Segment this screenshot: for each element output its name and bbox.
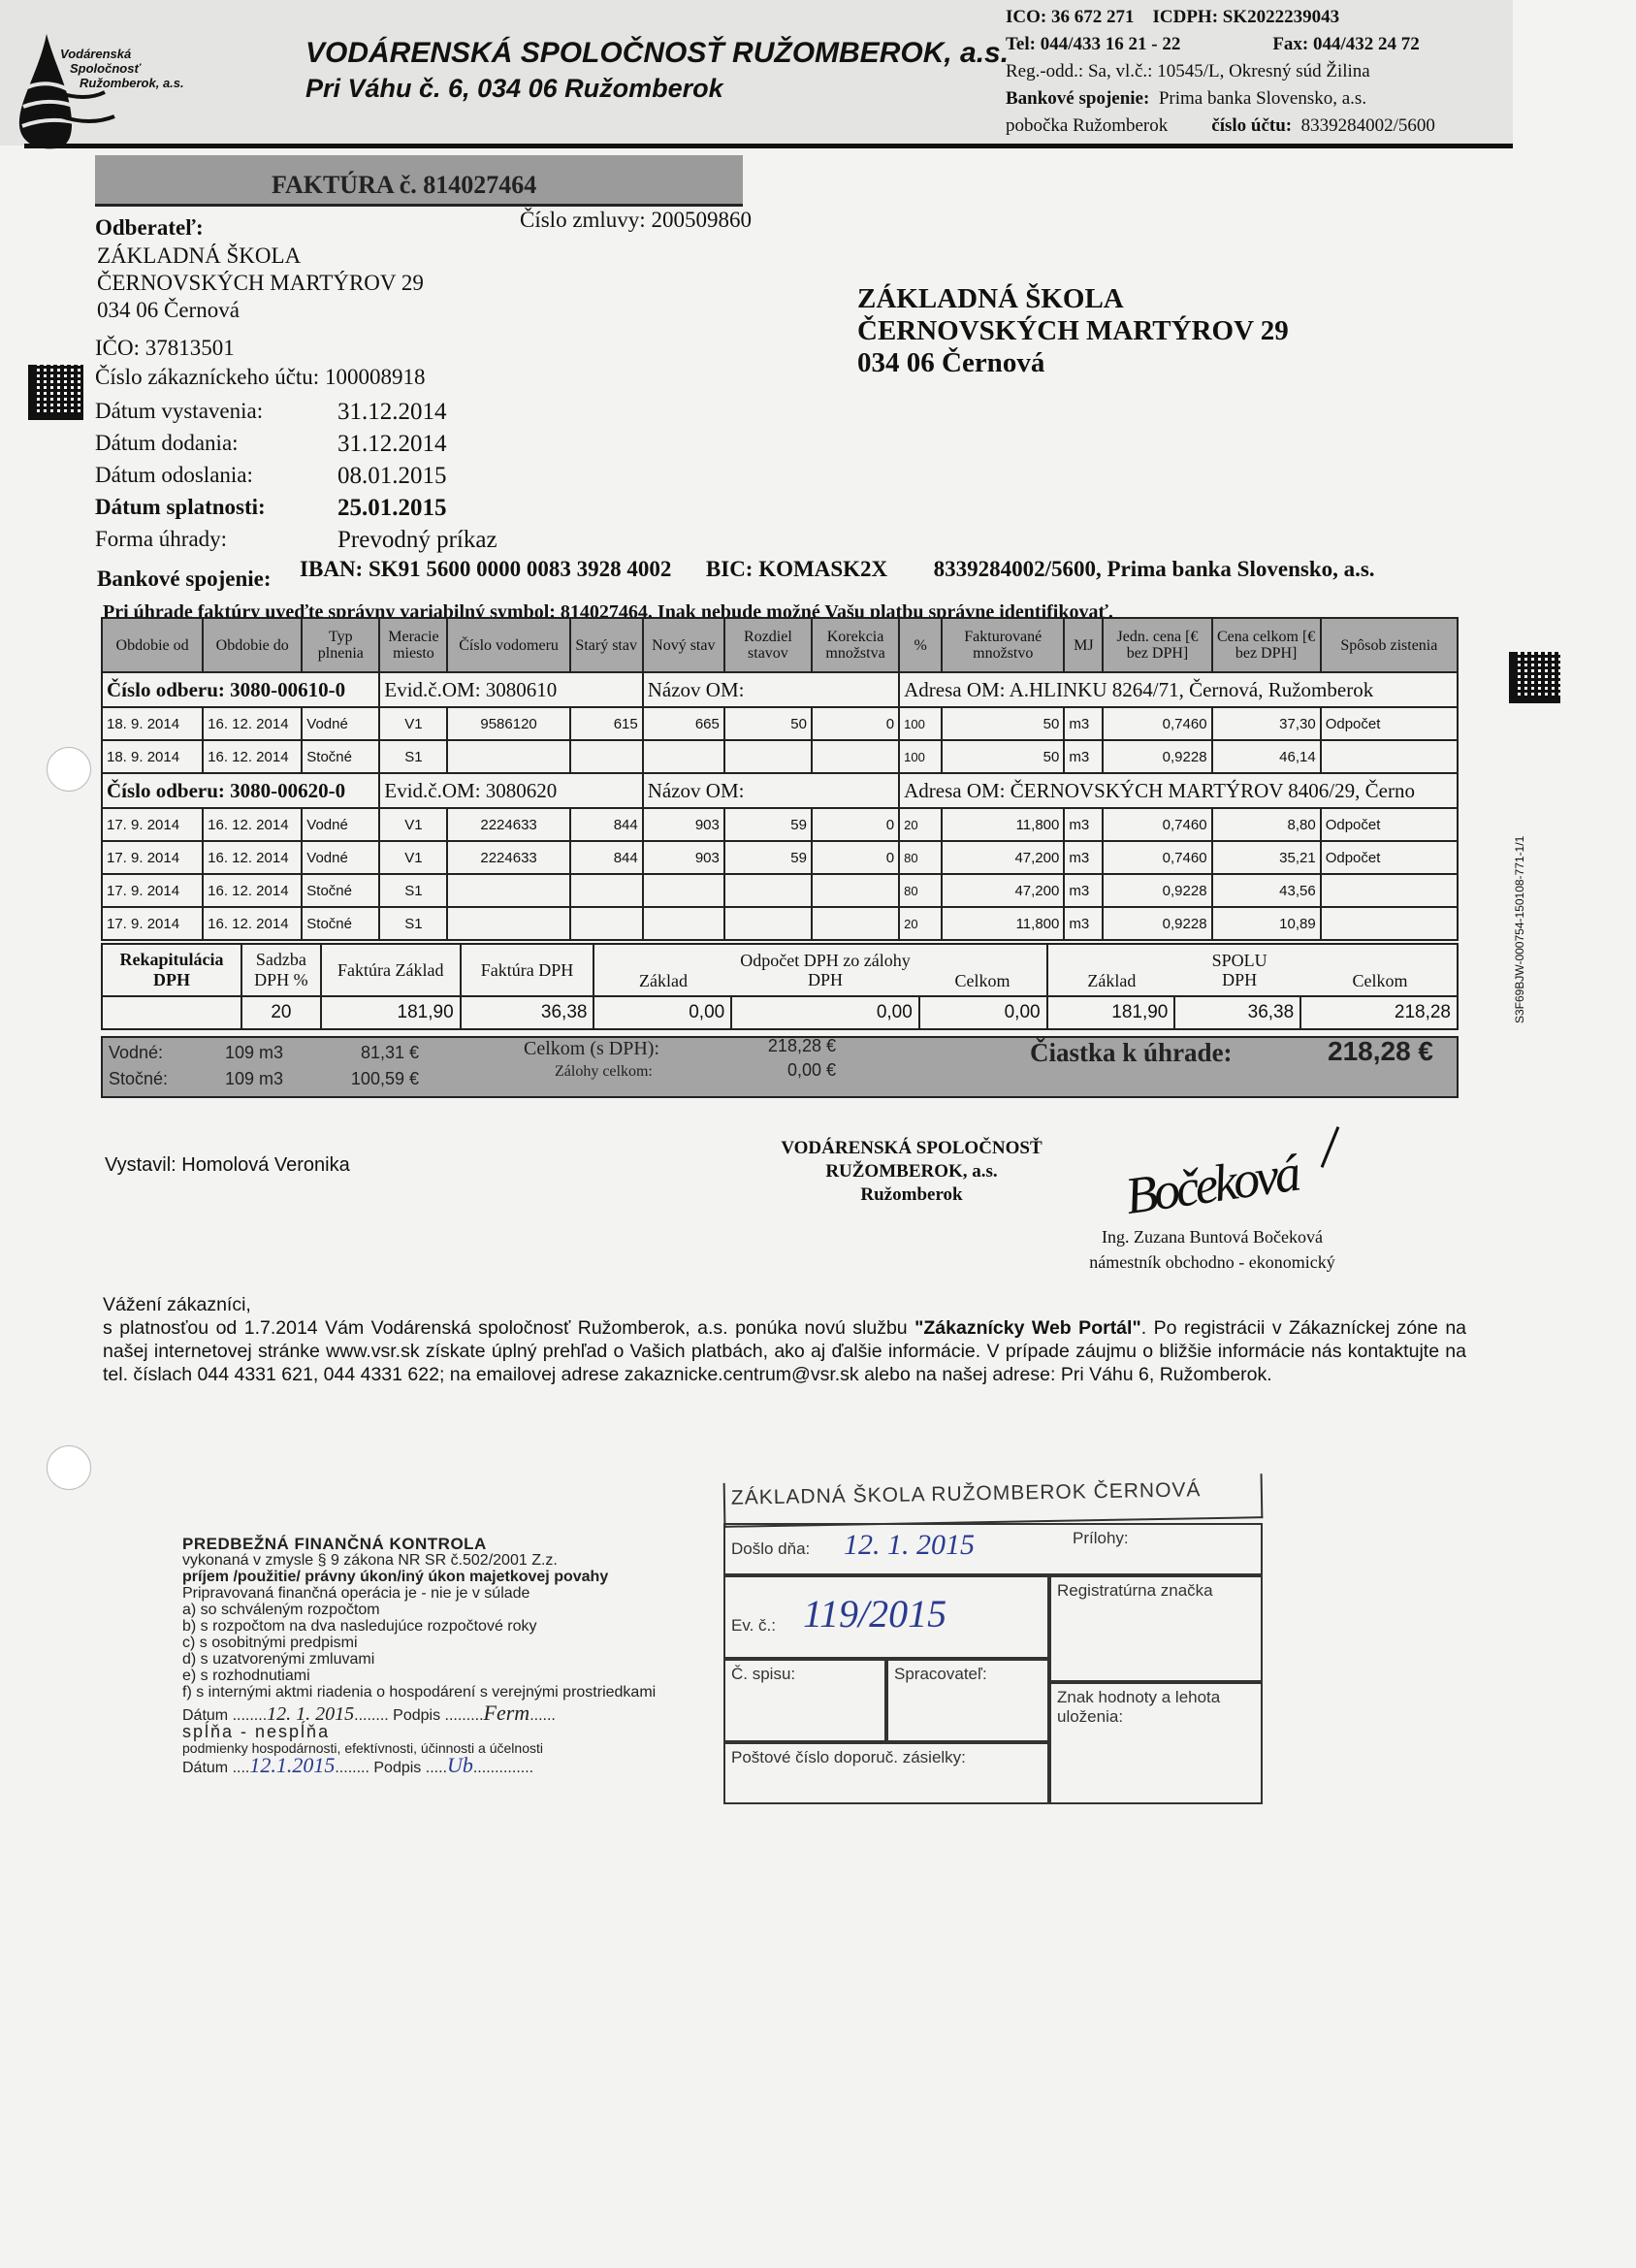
total-vat-header: DPH [1222, 970, 1257, 989]
table-cell: 37,30 [1212, 707, 1321, 740]
date-value: 08.01.2015 [337, 463, 447, 495]
table-cell: Odpočet [1321, 707, 1458, 740]
table-cell: S1 [379, 874, 447, 907]
table-cell: m3 [1064, 874, 1103, 907]
table-cell: 100 [899, 707, 942, 740]
deduction-total: 0,00 [919, 996, 1047, 1029]
punch-hole-icon [47, 1445, 91, 1490]
water-quantity: 109 m3 [225, 1040, 332, 1066]
notice-text-1: s platnosťou od 1.7.2014 Vám Vodárenská … [103, 1317, 914, 1339]
table-cell: 18. 9. 2014 [102, 740, 203, 773]
table-cell: S1 [379, 907, 447, 940]
table-row: 18. 9. 201416. 12. 2014VodnéV19586120615… [102, 707, 1458, 740]
signer-name: Ing. Zuzana Buntová Bočeková [1072, 1224, 1353, 1249]
total-header-group: Základ SPOLU DPH Celkom [1047, 944, 1458, 996]
table-cell: 11,800 [942, 907, 1064, 940]
account-label: číslo účtu: [1211, 115, 1292, 136]
fc-date2-label: Dátum [182, 1760, 228, 1776]
table-cell [1321, 874, 1458, 907]
table-cell: 11,800 [942, 808, 1064, 841]
table-cell: Odpočet [1321, 808, 1458, 841]
date-row: Dátum odoslania:08.01.2015 [95, 463, 497, 495]
table-row: 18. 9. 201416. 12. 2014StočnéS110050m30,… [102, 740, 1458, 773]
total-vat: 36,38 [1174, 996, 1300, 1029]
column-header: Korekcia množstva [812, 618, 899, 672]
table-cell: m3 [1064, 808, 1103, 841]
rekap-header: Rekapitulácia DPH [102, 944, 241, 996]
table-cell [812, 874, 899, 907]
table-cell: 18. 9. 2014 [102, 707, 203, 740]
table-cell [812, 907, 899, 940]
water-fee-summary: Vodné: 109 m3 81,31 € Stočné: 109 m3 100… [109, 1040, 419, 1092]
table-cell: Stočné [302, 740, 379, 773]
recipient-name: ZÁKLADNÁ ŠKOLA [857, 283, 1289, 315]
table-cell: 0,9228 [1103, 740, 1211, 773]
vat-rate: 20 [241, 996, 321, 1029]
table-cell: V1 [379, 707, 447, 740]
stamp-ev-value: 119/2015 [803, 1591, 946, 1636]
table-cell: 20 [899, 808, 942, 841]
table-cell: 46,14 [1212, 740, 1321, 773]
invoice-title: FAKTÚRA č. 814027464 [272, 171, 536, 200]
fc-title: PREDBEŽNÁ FINANČNÁ KONTROLA [182, 1536, 656, 1552]
water-amount: 81,31 € [332, 1040, 419, 1066]
fc-line: f) s internými aktmi riadenia o hospodár… [182, 1684, 656, 1701]
customer-street: ČERNOVSKÝCH MARTÝROV 29 [97, 270, 424, 297]
amount-due-label: Čiastka k úhrade: [1030, 1038, 1233, 1068]
table-cell [570, 740, 643, 773]
deposits-total-value: 0,00 € [737, 1060, 836, 1081]
vat-summary-table: Rekapitulácia DPH Sadzba DPH % Faktúra Z… [101, 943, 1459, 1030]
header-divider [24, 144, 1513, 148]
table-cell: 0,9228 [1103, 874, 1211, 907]
logo-line-2: Spoločnosť [70, 61, 184, 76]
date-value: 31.12.2014 [337, 431, 447, 463]
sig-company-line-3: Ružomberok [737, 1183, 1086, 1207]
logo-line-1: Vodárenská [60, 47, 184, 61]
notice-greeting: Vážení zákazníci, [103, 1293, 1466, 1316]
recipient-address-block: ZÁKLADNÁ ŠKOLA ČERNOVSKÝCH MARTÝROV 29 0… [857, 283, 1289, 379]
table-cell: m3 [1064, 907, 1103, 940]
group-adresa: Adresa OM: ČERNOVSKÝCH MARTÝROV 8406/29,… [899, 773, 1458, 808]
table-cell: 8,80 [1212, 808, 1321, 841]
table-cell: 59 [724, 841, 812, 874]
group-nazov: Názov OM: [643, 672, 899, 707]
stamp-processor-label: Spracovateľ: [886, 1659, 1049, 1742]
table-cell: 0 [812, 808, 899, 841]
table-cell: 844 [570, 808, 643, 841]
table-row: 17. 9. 201416. 12. 2014VodnéV12224633844… [102, 841, 1458, 874]
account-number: 8339284002/5600 [1301, 115, 1435, 136]
deduction-header-group: Základ Odpočet DPH zo zálohy DPH Celkom [593, 944, 1046, 996]
date-label: Dátum odoslania: [95, 463, 337, 495]
iban: IBAN: SK91 5600 0000 0083 3928 4002 [300, 557, 671, 581]
column-header: Obdobie do [203, 618, 302, 672]
contract-number: Číslo zmluvy: 200509860 [520, 208, 752, 233]
table-cell [643, 740, 724, 773]
fc-sign1-label: Podpis [393, 1707, 440, 1724]
deduction-vat-header: DPH [808, 970, 843, 989]
total-base: 181,90 [1047, 996, 1175, 1029]
column-header: Cena celkom [€ bez DPH] [1212, 618, 1321, 672]
customer-ico: IČO: 37813501 [95, 336, 235, 361]
table-cell: 0 [812, 841, 899, 874]
table-cell: Vodné [302, 707, 379, 740]
fc-line: vykonaná v zmysle § 9 zákona NR SR č.502… [182, 1552, 656, 1569]
table-cell: 0,7460 [1103, 841, 1211, 874]
total-with-vat-label: Celkom (s DPH): [524, 1038, 659, 1059]
table-cell: 16. 12. 2014 [203, 740, 302, 773]
table-cell: 0,7460 [1103, 808, 1211, 841]
company-registration: Reg.-odd.: Sa, vl.č.: 10545/L, Okresný s… [1006, 58, 1435, 85]
invoice-vat-header: Faktúra DPH [461, 944, 594, 996]
table-cell [812, 740, 899, 773]
document-code: S3F69BJW-000754-150108-771-1/1 [1513, 836, 1526, 1023]
financial-control-stamp: PREDBEŽNÁ FINANČNÁ KONTROLA vykonaná v z… [182, 1536, 656, 1776]
table-cell [447, 740, 569, 773]
column-header: Rozdiel stavov [724, 618, 812, 672]
table-cell [724, 907, 812, 940]
company-signature-block: VODÁRENSKÁ SPOLOČNOSŤ RUŽOMBEROK, a.s. R… [737, 1137, 1086, 1207]
table-cell: Stočné [302, 907, 379, 940]
fc-line: d) s uzatvorenými zmluvami [182, 1651, 656, 1668]
rekap-empty-cell [102, 996, 241, 1029]
table-cell: 903 [643, 808, 724, 841]
table-cell: 47,200 [942, 874, 1064, 907]
table-cell: 10,89 [1212, 907, 1321, 940]
total-with-vat-value: 218,28 € [737, 1036, 836, 1056]
company-ico: ICO: 36 672 271 [1006, 7, 1134, 27]
table-cell: V1 [379, 808, 447, 841]
date-label: Forma úhrady: [95, 527, 337, 559]
fc-line: e) s rozhodnutiami [182, 1668, 656, 1684]
fc-signature-2: Ub [447, 1753, 473, 1777]
deduction-total-header: Celkom [918, 945, 1045, 995]
meter-group-row: Číslo odberu: 3080-00620-0Evid.č.OM: 308… [102, 773, 1458, 808]
column-header: MJ [1064, 618, 1103, 672]
stamp-attachments-label: Prílohy: [1073, 1529, 1129, 1548]
table-cell [447, 907, 569, 940]
table-cell: S1 [379, 740, 447, 773]
date-row: Dátum dodania:31.12.2014 [95, 431, 497, 463]
date-label: Dátum splatnosti: [95, 495, 337, 527]
table-cell [724, 874, 812, 907]
total-total-header: Celkom [1303, 945, 1457, 995]
deduction-title: Odpočet DPH zo zálohy [740, 951, 910, 970]
payment-line: Bankové spojenie: IBAN: SK91 5600 0000 0… [97, 557, 1375, 582]
date-value: Prevodný príkaz [337, 527, 497, 559]
table-cell: 35,21 [1212, 841, 1321, 874]
date-row: Dátum splatnosti:25.01.2015 [95, 495, 497, 527]
group-adresa: Adresa OM: A.HLINKU 8264/71, Černová, Ru… [899, 672, 1458, 707]
column-header: Fakturované množstvo [942, 618, 1064, 672]
table-cell: 50 [942, 740, 1064, 773]
date-value: 31.12.2014 [337, 399, 447, 431]
total-title: SPOLU [1212, 951, 1267, 970]
date-row: Forma úhrady:Prevodný príkaz [95, 527, 497, 559]
table-cell: 50 [724, 707, 812, 740]
signer-block: Ing. Zuzana Buntová Bočeková námestník o… [1072, 1224, 1353, 1275]
deduction-base-header: Základ [594, 945, 731, 995]
column-header: Spôsob zistenia [1321, 618, 1458, 672]
datamatrix-code-icon [28, 365, 83, 420]
group-evid: Evid.č.OM: 3080620 [379, 773, 642, 808]
signer-title: námestník obchodno - ekonomický [1072, 1249, 1353, 1275]
company-tel: Tel: 044/433 16 21 - 22 [1006, 34, 1180, 54]
stamp-title: ZÁKLADNÁ ŠKOLA RUŽOMBEROK ČERNOVÁ [723, 1474, 1264, 1528]
customer-label: Odberateľ: [95, 215, 204, 241]
datamatrix-code-right-icon [1509, 652, 1560, 703]
table-cell: 43,56 [1212, 874, 1321, 907]
table-cell: 844 [570, 841, 643, 874]
table-cell: 80 [899, 874, 942, 907]
recipient-city: 034 06 Černová [857, 347, 1289, 379]
table-cell: 16. 12. 2014 [203, 874, 302, 907]
fc-lines: vykonaná v zmysle § 9 zákona NR SR č.502… [182, 1552, 656, 1701]
table-cell: 50 [942, 707, 1064, 740]
fc-sign2-label: Podpis [373, 1760, 421, 1776]
rate-header: Sadzba DPH % [241, 944, 321, 996]
fc-signature-1: Ferm [484, 1701, 530, 1725]
meter-group-row: Číslo odberu: 3080-00610-0Evid.č.OM: 308… [102, 672, 1458, 707]
recipient-street: ČERNOVSKÝCH MARTÝROV 29 [857, 315, 1289, 347]
stamp-received-label: Došlo dňa: [731, 1539, 810, 1558]
table-cell: m3 [1064, 841, 1103, 874]
table-cell: 17. 9. 2014 [102, 841, 203, 874]
column-header: Jedn. cena [€ bez DPH] [1103, 618, 1211, 672]
dates-block: Dátum vystavenia:31.12.2014Dátum dodania… [95, 399, 497, 559]
table-cell: m3 [1064, 707, 1103, 740]
company-fax: Fax: 044/432 24 72 [1272, 34, 1419, 54]
table-cell: Vodné [302, 841, 379, 874]
table-cell [447, 874, 569, 907]
table-cell: V1 [379, 841, 447, 874]
company-icdph: ICDPH: SK2022239043 [1152, 7, 1339, 27]
registry-stamp: ZÁKLADNÁ ŠKOLA RUŽOMBEROK ČERNOVÁ Došlo … [723, 1465, 1267, 1809]
column-header: Meracie miesto [379, 618, 447, 672]
stamp-ev-label: Ev. č.: [731, 1616, 776, 1636]
table-cell: Stočné [302, 874, 379, 907]
table-cell: 100 [899, 740, 942, 773]
table-cell [643, 874, 724, 907]
fc-line: Pripravovaná finančná operácia je - nie … [182, 1585, 656, 1602]
stamp-file-label: Č. spisu: [723, 1659, 886, 1742]
table-header-row: Obdobie odObdobie doTyp plneniaMeracie m… [102, 618, 1458, 672]
date-value: 25.01.2015 [337, 495, 447, 527]
deduction-vat: 0,00 [731, 996, 919, 1029]
table-cell: 17. 9. 2014 [102, 907, 203, 940]
stamp-received-value: 12. 1. 2015 [844, 1529, 975, 1561]
total-total: 218,28 [1300, 996, 1458, 1029]
group-evid: Evid.č.OM: 3080610 [379, 672, 642, 707]
table-cell [570, 874, 643, 907]
table-cell [570, 907, 643, 940]
fc-line: c) s osobitnými predpismi [182, 1635, 656, 1651]
sewage-label: Stočné: [109, 1066, 225, 1092]
invoice-vat: 36,38 [461, 996, 594, 1029]
table-cell: 903 [643, 841, 724, 874]
amount-due-value: 218,28 € [1290, 1036, 1433, 1067]
signature-stroke [1321, 1126, 1340, 1168]
fc-line: b) s rozpočtom na dva nasledujúce rozpoč… [182, 1618, 656, 1635]
company-name: VODÁRENSKÁ SPOLOČNOSŤ RUŽOMBEROK, a.s. [305, 37, 1009, 70]
table-row: 17. 9. 201416. 12. 2014VodnéV12224633844… [102, 808, 1458, 841]
customer-notice: Vážení zákazníci, s platnosťou od 1.7.20… [103, 1293, 1466, 1386]
table-cell: m3 [1064, 740, 1103, 773]
table-cell: 615 [570, 707, 643, 740]
table-cell: 20 [899, 907, 942, 940]
column-header: Nový stav [643, 618, 724, 672]
stamp-ev-row: Ev. č.: 119/2015 [723, 1575, 1049, 1659]
customer-name: ZÁKLADNÁ ŠKOLA [97, 243, 424, 270]
table-cell [643, 907, 724, 940]
table-cell: 2224633 [447, 808, 569, 841]
payment-bank-label: Bankové spojenie: [97, 567, 272, 591]
table-cell: 17. 9. 2014 [102, 808, 203, 841]
table-cell: Vodné [302, 808, 379, 841]
sewage-quantity: 109 m3 [225, 1066, 332, 1092]
table-cell: 2224633 [447, 841, 569, 874]
fc-date2-value: 12.1.2015 [249, 1753, 335, 1777]
sig-company-line-1: VODÁRENSKÁ SPOLOČNOSŤ [737, 1137, 1086, 1160]
company-details: ICO: 36 672 271 ICDPH: SK2022239043 Tel:… [1006, 4, 1435, 140]
table-cell: 59 [724, 808, 812, 841]
water-label: Vodné: [109, 1040, 225, 1066]
table-cell [1321, 740, 1458, 773]
customer-address: ZÁKLADNÁ ŠKOLA ČERNOVSKÝCH MARTÝROV 29 0… [97, 243, 424, 324]
items-table: Obdobie odObdobie doTyp plneniaMeracie m… [101, 617, 1459, 941]
date-label: Dátum vystavenia: [95, 399, 337, 431]
table-cell: 665 [643, 707, 724, 740]
bank-name: Prima banka Slovensko, a.s. [1159, 88, 1366, 109]
table-cell [724, 740, 812, 773]
bic: BIC: KOMASK2X [706, 557, 887, 581]
table-row: 17. 9. 201416. 12. 2014StočnéS18047,200m… [102, 874, 1458, 907]
logo-line-3: Ružomberok, a.s. [80, 76, 184, 90]
table-cell: 80 [899, 841, 942, 874]
punch-hole-icon [47, 747, 91, 792]
fc-line: príjem /použitie/ právny úkon/iný úkon m… [182, 1569, 656, 1585]
invoice-base: 181,90 [321, 996, 461, 1029]
column-header: Obdobie od [102, 618, 203, 672]
company-address: Pri Váhu č. 6, 034 06 Ružomberok [305, 74, 723, 104]
column-header: % [899, 618, 942, 672]
date-row: Dátum vystavenia:31.12.2014 [95, 399, 497, 431]
total-base-header: Základ [1048, 945, 1176, 995]
fc-line: a) so schváleným rozpočtom [182, 1602, 656, 1618]
table-cell: 16. 12. 2014 [203, 907, 302, 940]
table-cell: 9586120 [447, 707, 569, 740]
sewage-amount: 100,59 € [332, 1066, 419, 1092]
deposits-total-label: Zálohy celkom: [555, 1063, 653, 1081]
sig-company-line-2: RUŽOMBEROK, a.s. [737, 1160, 1086, 1183]
invoice-base-header: Faktúra Základ [321, 944, 461, 996]
table-cell: Odpočet [1321, 841, 1458, 874]
table-cell: 47,200 [942, 841, 1064, 874]
table-cell: 0,7460 [1103, 707, 1211, 740]
fc-splna: spĺňa - nespĺňa [182, 1724, 656, 1740]
payment-account: 8339284002/5600, Prima banka Slovensko, … [934, 557, 1375, 581]
logo-text: Vodárenská Spoločnosť Ružomberok, a.s. [60, 47, 184, 90]
group-odber: Číslo odberu: 3080-00620-0 [102, 773, 379, 808]
customer-city: 034 06 Černová [97, 297, 424, 324]
handwritten-signature: Bočeková [1122, 1143, 1301, 1226]
column-header: Typ plnenia [302, 618, 379, 672]
table-cell: 17. 9. 2014 [102, 874, 203, 907]
table-cell: 0 [812, 707, 899, 740]
stamp-retention-label: Znak hodnoty a lehota uloženia: [1049, 1682, 1263, 1804]
stamp-received-row: Došlo dňa: 12. 1. 2015 Prílohy: [723, 1523, 1263, 1575]
stamp-registry-mark-label: Registratúrna značka [1049, 1575, 1263, 1682]
table-cell: 0,9228 [1103, 907, 1211, 940]
group-odber: Číslo odberu: 3080-00610-0 [102, 672, 379, 707]
table-cell: 16. 12. 2014 [203, 707, 302, 740]
web-portal-highlight: "Zákaznícky Web Portál" [914, 1317, 1141, 1339]
table-row: 17. 9. 201416. 12. 2014StočnéS12011,800m… [102, 907, 1458, 940]
table-cell: 16. 12. 2014 [203, 808, 302, 841]
column-header: Starý stav [570, 618, 643, 672]
date-label: Dátum dodania: [95, 431, 337, 463]
group-nazov: Názov OM: [643, 773, 899, 808]
bank-label: Bankové spojenie: [1006, 88, 1149, 109]
customer-account: Číslo zákazníckeho účtu: 100008918 [95, 365, 425, 390]
table-cell: 16. 12. 2014 [203, 841, 302, 874]
bank-branch: pobočka Ružomberok [1006, 115, 1168, 136]
deduction-base: 0,00 [593, 996, 731, 1029]
column-header: Číslo vodomeru [447, 618, 569, 672]
table-cell [1321, 907, 1458, 940]
issued-by: Vystavil: Homolová Veronika [105, 1154, 350, 1177]
stamp-postal-label: Poštové číslo doporuč. zásielky: [723, 1742, 1049, 1804]
